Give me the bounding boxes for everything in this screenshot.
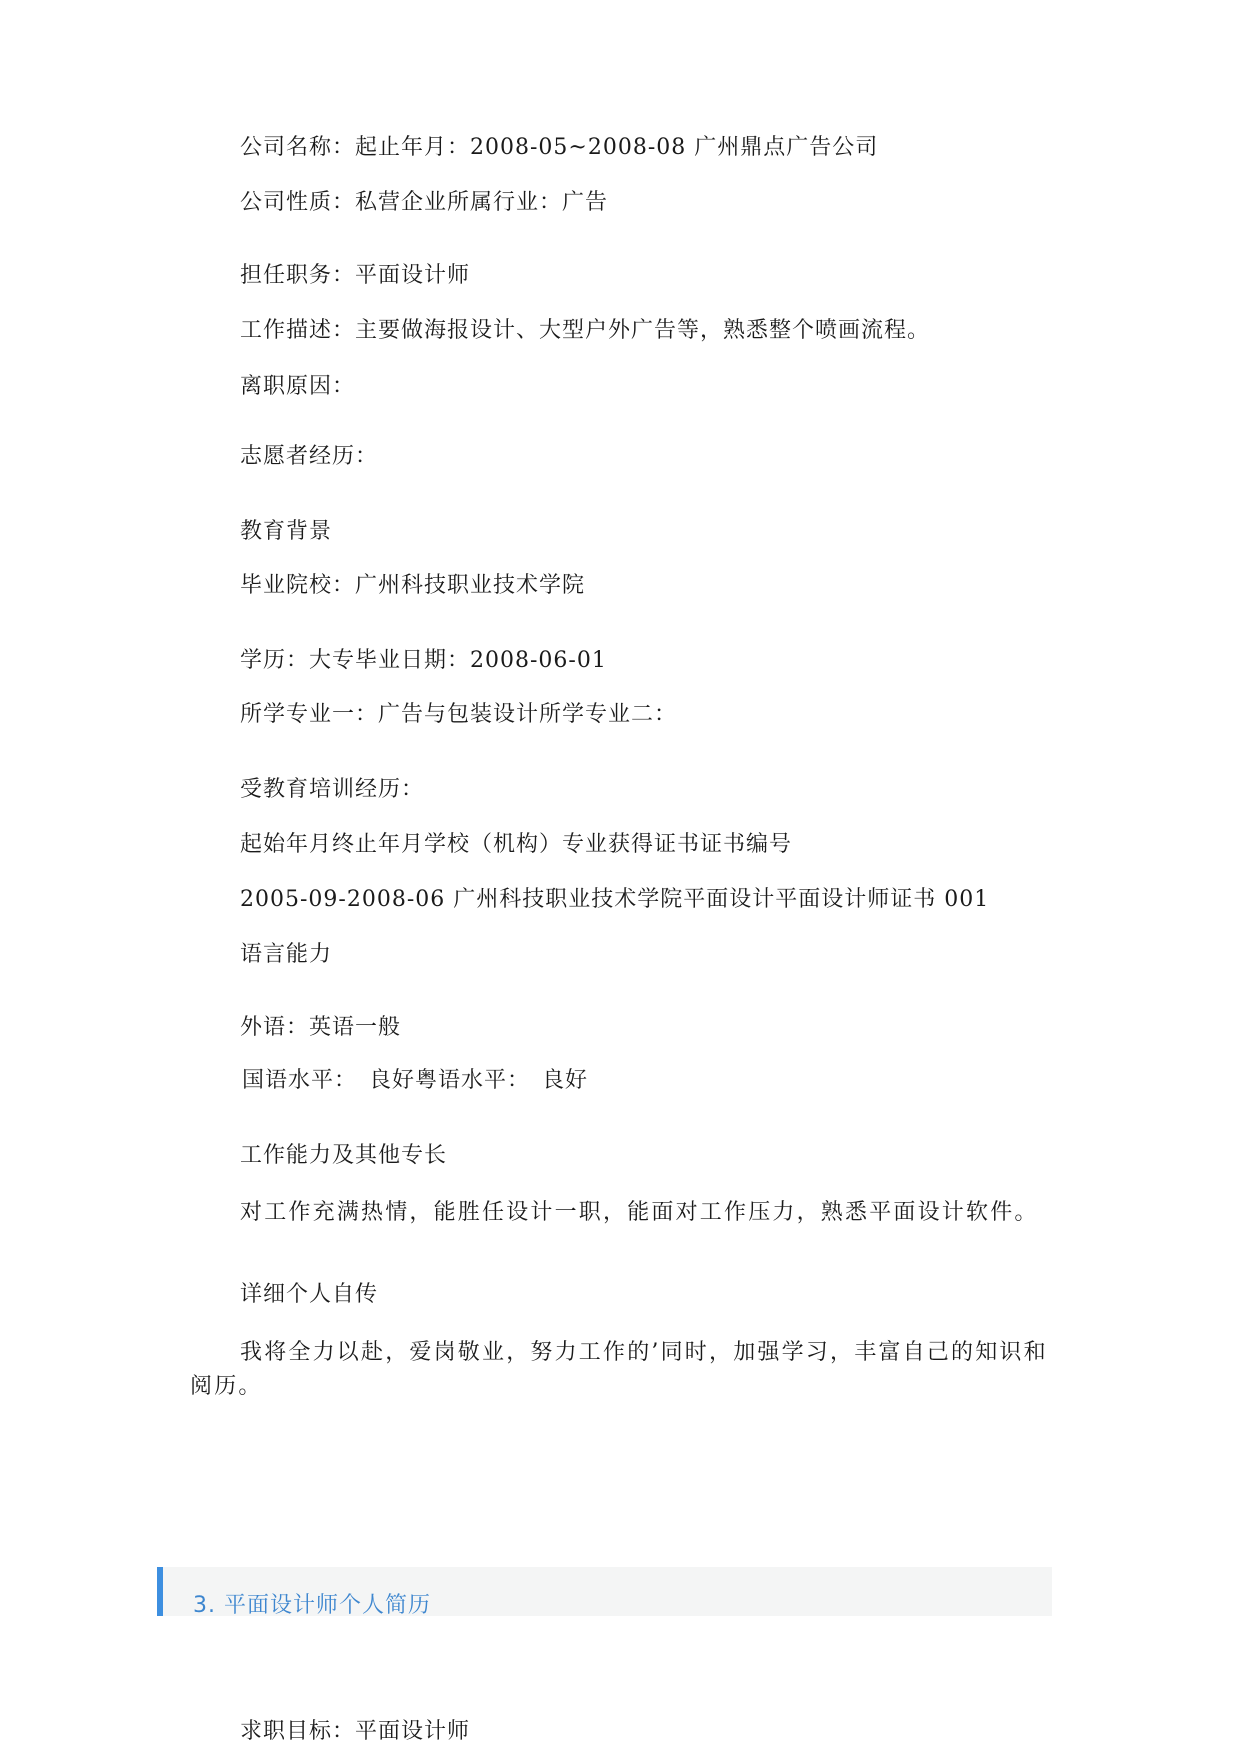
- leaving-reason-line: 离职原因：: [240, 372, 355, 402]
- skills-paragraph: 对工作充满热情，能胜任设计一职，能面对工作压力，熟悉平面设计软件。: [190, 1196, 1050, 1230]
- self-intro-paragraph: 我将全力以赴，爱岗敬业，努力工作的’同时，加强学习，丰富自己的知识和阅历。: [190, 1336, 1050, 1404]
- dialect-line: 国语水平： 良好粤语水平： 良好: [242, 1066, 588, 1096]
- job-target-line: 求职目标：平面设计师: [240, 1717, 470, 1747]
- language-heading: 语言能力: [240, 940, 332, 970]
- position-line: 担任职务：平面设计师: [240, 261, 470, 291]
- section-3-title: 3. 平面设计师个人简历: [193, 1592, 431, 1620]
- training-row-line: 2005-09-2008-06 广州科技职业技术学院平面设计平面设计师证书 00…: [240, 885, 989, 915]
- training-header-line: 起始年月终止年月学校（机构）专业获得证书证书编号: [240, 830, 792, 860]
- section-3-heading-bar: 3. 平面设计师个人简历: [157, 1567, 1052, 1616]
- company-nature-line: 公司性质：私营企业所属行业：广告: [240, 188, 608, 218]
- training-label: 受教育培训经历：: [240, 775, 424, 805]
- school-line: 毕业院校：广州科技职业技术学院: [240, 571, 585, 601]
- major-line: 所学专业一：广告与包装设计所学专业二：: [240, 700, 677, 730]
- degree-line: 学历：大专毕业日期：2008-06-01: [240, 646, 607, 676]
- education-heading: 教育背景: [240, 517, 332, 547]
- foreign-language-line: 外语：英语一般: [240, 1013, 401, 1043]
- job-description-line: 工作描述：主要做海报设计、大型户外广告等，熟悉整个喷画流程。: [240, 316, 930, 346]
- company-name-line: 公司名称：起止年月：2008-05~2008-08 广州鼎点广告公司: [240, 133, 878, 163]
- volunteer-label: 志愿者经历：: [240, 442, 378, 472]
- self-intro-heading: 详细个人自传: [240, 1280, 378, 1310]
- skills-heading: 工作能力及其他专长: [240, 1141, 447, 1171]
